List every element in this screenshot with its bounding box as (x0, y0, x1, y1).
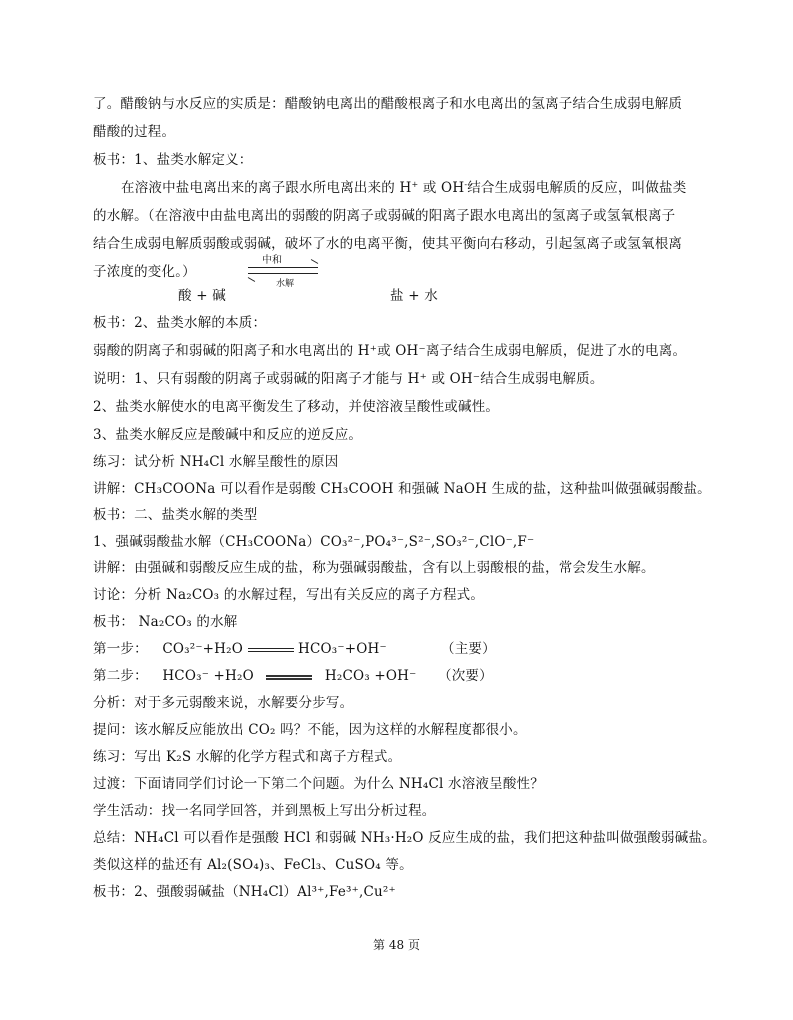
text-line: 板书： Na₂CO₃ 的水解 (93, 613, 237, 631)
text-line: 提问：该水解反应能放出 CO₂ 吗？不能，因为这样的水解程度都很小。 (93, 721, 527, 739)
text-line: 过渡：下面请同学们讨论一下第二个问题。为什么 NH₄Cl 水溶液呈酸性？ (93, 775, 544, 793)
text-line: 板书：1、盐类水解定义： (93, 151, 253, 169)
text-line: 3、盐类水解反应是酸碱中和反应的逆反应。 (93, 426, 362, 444)
reverse-arrow-icon (248, 273, 318, 274)
text-line: 结合生成弱电解质弱酸或弱碱，破坏了水的电离平衡，使其平衡向右移动，引起氢离子或氢… (93, 235, 682, 253)
arrow-top-label: 中和 (262, 255, 282, 266)
document-page: 了。醋酸钠与水反应的实质是：醋酸钠电离出的醋酸根离子和水电离出的氢离子结合生成弱… (0, 0, 793, 1020)
equation-right: H₂CO₃ +OH⁻ (325, 668, 417, 684)
arrow-head-icon (248, 277, 255, 282)
arrow-bottom-label: 水解 (276, 279, 294, 289)
forward-arrow-icon (248, 267, 318, 268)
step1-equation: 第一步： CO₃²⁻+H₂O HCO₃⁻+OH⁻ （主要） (93, 640, 387, 658)
equilibrium-arrow-icon (248, 645, 294, 655)
arrow-head-icon (311, 259, 318, 264)
equilibrium-arrow: 中和 水解 (248, 255, 320, 291)
page-number: 第 48 页 (0, 936, 793, 953)
text-line: 学生活动：找一名同学回答，并到黑板上写出分析过程。 (93, 802, 436, 820)
products: 盐 + 水 (390, 287, 438, 305)
step2-equation: 第二步： HCO₃⁻ +H₂O H₂CO₃ +OH⁻ （次要） (93, 667, 416, 685)
text-line: 练习：试分析 NH₄Cl 水解呈酸性的原因 (93, 453, 338, 471)
text-line: 的水解。（在溶液中由盐电离出的弱酸的阴离子或弱碱的阳离子跟水电离出的氢离子或氢氧… (93, 207, 675, 225)
text-line: 分析：对于多元弱酸来说，水解要分步写。 (93, 694, 353, 712)
step-note: （次要） (438, 667, 493, 685)
equation-right: HCO₃⁻+OH⁻ (298, 641, 387, 657)
text-line: 子浓度的变化。） (93, 263, 196, 281)
text-line: 了。醋酸钠与水反应的实质是：醋酸钠电离出的醋酸根离子和水电离出的氢离子结合生成弱… (93, 95, 682, 113)
equation-left: CO₃²⁻+H₂O (162, 641, 243, 657)
equilibrium-arrow-icon (266, 672, 312, 682)
text-line: 2、盐类水解使水的电离平衡发生了移动，并使溶液呈酸性或碱性。 (93, 398, 499, 416)
text-line: 1、强碱弱酸盐水解（CH₃COONa）CO₃²⁻,PO₄³⁻,S²⁻,SO₃²⁻… (93, 533, 534, 551)
text-line: 讨论：分析 Na₂CO₃ 的水解过程，写出有关反应的离子方程式。 (93, 586, 484, 604)
text-line: 说明：1、只有弱酸的阴离子或弱碱的阳离子才能与 H⁺ 或 OH⁻结合生成弱电解质… (93, 370, 604, 388)
reactants: 酸 + 碱 (178, 287, 226, 305)
text-line: 板书：二、盐类水解的类型 (93, 506, 257, 524)
text-line: 类似这样的盐还有 Al₂(SO₄)₃、FeCl₃、CuSO₄ 等。 (93, 856, 413, 874)
text-segment: 结合生成弱电解质的反应，叫做盐类 (467, 180, 686, 196)
step-label: 第一步： (93, 641, 148, 657)
step-note: （主要） (441, 640, 496, 658)
text-line: 练习：写出 K₂S 水解的化学方程式和离子方程式。 (93, 748, 401, 766)
text-line: 板书：2、强酸弱碱盐（NH₄Cl）Al³⁺,Fe³⁺,Cu²⁺ (93, 883, 396, 901)
text-line: 讲解：CH₃COONa 可以看作是弱酸 CH₃COOH 和强碱 NaOH 生成的… (93, 480, 711, 498)
text-segment: 在溶液中盐电离出来的离子跟水所电离出来的 H (121, 180, 411, 196)
text-line: 板书：2、盐类水解的本质： (93, 314, 266, 332)
step-label: 第二步： (93, 668, 148, 684)
equation-left: HCO₃⁻ +H₂O (162, 668, 254, 684)
text-line: 醋酸的过程。 (93, 123, 175, 141)
text-segment: 或 OH (418, 180, 464, 196)
text-line: 总结：NH₄Cl 可以看作是强酸 HCl 和弱碱 NH₃·H₂O 反应生成的盐，… (93, 829, 716, 847)
text-line: 弱酸的阴离子和弱碱的阳离子和水电离出的 H⁺或 OH⁻离子结合生成弱电解质，促进… (93, 342, 686, 360)
text-line: 讲解：由强碱和弱酸反应生成的盐，称为强碱弱酸盐，含有以上弱酸根的盐，常会发生水解… (93, 559, 655, 577)
definition-line: 在溶液中盐电离出来的离子跟水所电离出来的 H+ 或 OH-结合生成弱电解质的反应… (121, 179, 686, 197)
